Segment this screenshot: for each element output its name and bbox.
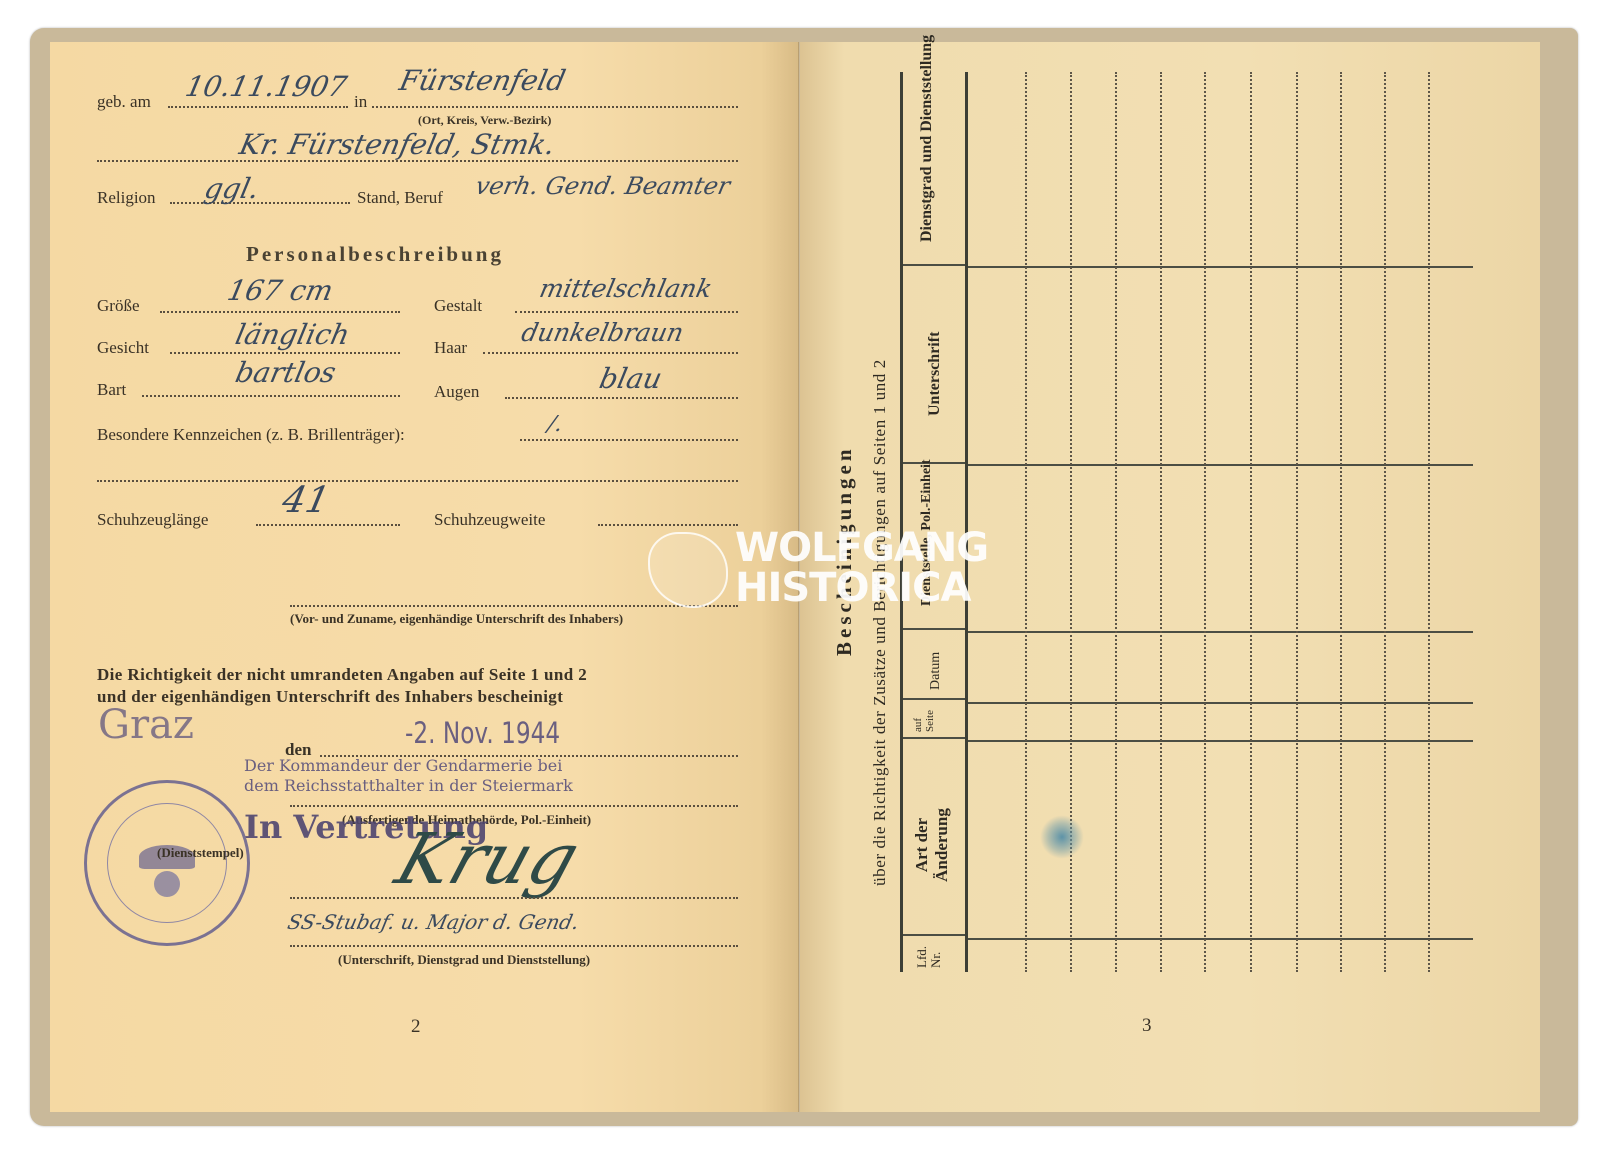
holder-signature-line xyxy=(290,605,738,607)
row-sep-6 xyxy=(968,938,1473,940)
shoe-length-line xyxy=(256,524,400,526)
place-stamp: Graz xyxy=(98,702,194,748)
eyes-line xyxy=(505,397,738,399)
column-header-lfd-nr: Lfd. Nr. xyxy=(915,934,943,968)
entry-row-7[interactable] xyxy=(1296,72,1298,972)
certification-text-1: Die Richtigkeit der nicht umrandeten Ang… xyxy=(97,665,587,685)
ink-blot xyxy=(1040,815,1084,859)
hair-value: dunkelbraun xyxy=(519,318,686,347)
eyes-label: Augen xyxy=(434,382,479,402)
birth-place-hint: (Ort, Kreis, Verw.-Bezirk) xyxy=(418,113,551,128)
entry-row-3[interactable] xyxy=(1115,72,1117,972)
signature-line xyxy=(290,897,738,899)
shoe-length-value: 41 xyxy=(279,480,334,521)
row-sep-1 xyxy=(968,266,1473,268)
section-title-personalbeschreibung: Personalbeschreibung xyxy=(246,242,504,267)
signature-caption: (Unterschrift, Dienstgrad und Dienststel… xyxy=(338,952,590,968)
page-number-right: 3 xyxy=(1142,1015,1152,1037)
birth-place-line2-dots xyxy=(97,160,738,162)
official-seal xyxy=(84,780,250,946)
row-sep-4 xyxy=(968,702,1473,704)
header-sep-3 xyxy=(903,628,965,630)
birth-place-label: in xyxy=(354,92,367,112)
religion-label: Religion xyxy=(97,188,156,208)
rank-handwritten: SS-Stubaf. u. Major d. Gend. xyxy=(285,910,581,934)
header-sep-5 xyxy=(903,737,965,739)
beard-value: bartlos xyxy=(232,356,338,389)
row-sep-5 xyxy=(968,740,1473,742)
height-label: Größe xyxy=(97,296,139,316)
table-header-border xyxy=(965,72,968,972)
occupation-value: verh. Gend. Beamter xyxy=(473,172,733,200)
marks-line2 xyxy=(97,480,738,482)
shoe-length-label: Schuhzeuglänge xyxy=(97,510,208,530)
column-header-datum: Datum xyxy=(928,652,944,690)
authority-line xyxy=(290,805,738,807)
entry-row-5[interactable] xyxy=(1204,72,1206,972)
watermark: WOLFGANG HISTORICA xyxy=(735,528,988,608)
authority-stamp-line1: Der Kommandeur der Gendarmerie bei xyxy=(244,756,562,775)
entry-row-10[interactable] xyxy=(1428,72,1430,972)
hair-line xyxy=(483,352,738,354)
birth-date-line xyxy=(168,106,348,108)
build-label: Gestalt xyxy=(434,296,482,316)
bescheinigungen-subtitle: über die Richtigkeit der Zusätze und Ber… xyxy=(870,359,890,886)
build-value: mittelschlank xyxy=(537,274,715,303)
seal-caption: (Dienststempel) xyxy=(157,845,244,861)
occupation-label: Stand, Beruf xyxy=(357,188,443,208)
birth-date-label: geb. am xyxy=(97,92,151,112)
row-sep-2 xyxy=(968,464,1473,466)
entry-row-4[interactable] xyxy=(1160,72,1162,972)
birth-place-line xyxy=(372,106,738,108)
column-header-auf-seite: auf Seite xyxy=(912,696,936,732)
official-signature: Krug xyxy=(387,818,589,900)
page-number-left: 2 xyxy=(411,1016,421,1038)
birth-place-value: Fürstenfeld xyxy=(396,64,568,97)
authority-stamp-line2: dem Reichsstatthalter in der Steiermark xyxy=(244,776,573,795)
watermark-line1: WOLFGANG xyxy=(735,528,988,568)
column-header-art-der-aenderung: Art der Änderung xyxy=(912,790,952,900)
date-stamp: -2. Nov. 1944 xyxy=(405,716,560,750)
face-value: länglich xyxy=(232,318,352,351)
hair-label: Haar xyxy=(434,338,467,358)
column-header-dienstgrad-label: Dienstgrad und Dienststellung xyxy=(918,35,935,242)
marks-line xyxy=(520,439,738,441)
row-sep-3 xyxy=(968,631,1473,633)
watermark-line2: HISTORICA xyxy=(735,568,988,608)
beard-label: Bart xyxy=(97,380,126,400)
entry-row-6[interactable] xyxy=(1250,72,1252,972)
religion-line xyxy=(170,202,350,204)
birth-place-line2: Kr. Fürstenfeld, Stmk. xyxy=(236,128,558,161)
shoe-width-label: Schuhzeugweite xyxy=(434,510,545,530)
eyes-value: blau xyxy=(596,362,665,395)
column-header-dienstgrad: Dienstgrad und Dienststellung xyxy=(918,35,936,242)
face-line xyxy=(170,352,400,354)
height-line xyxy=(160,311,400,313)
wreath-emblem-icon xyxy=(154,871,180,897)
build-line xyxy=(515,311,738,313)
beard-line xyxy=(142,395,400,397)
entry-row-8[interactable] xyxy=(1340,72,1342,972)
face-label: Gesicht xyxy=(97,338,149,358)
shoe-width-line xyxy=(598,524,738,526)
column-header-unterschrift: Unterschrift xyxy=(926,332,944,416)
entry-row-1[interactable] xyxy=(1025,72,1027,972)
table-left-border xyxy=(900,72,903,972)
marks-label: Besondere Kennzeichen (z. B. Brillenträg… xyxy=(97,425,405,445)
holder-signature-caption: (Vor- und Zuname, eigenhändige Unterschr… xyxy=(290,611,623,627)
rank-line xyxy=(290,945,738,947)
header-sep-1 xyxy=(903,264,965,266)
entry-row-9[interactable] xyxy=(1384,72,1386,972)
birth-date-value: 10.11.1907 xyxy=(182,70,349,103)
religion-value: ggl. xyxy=(201,172,262,205)
height-value: 167 cm xyxy=(224,274,336,307)
